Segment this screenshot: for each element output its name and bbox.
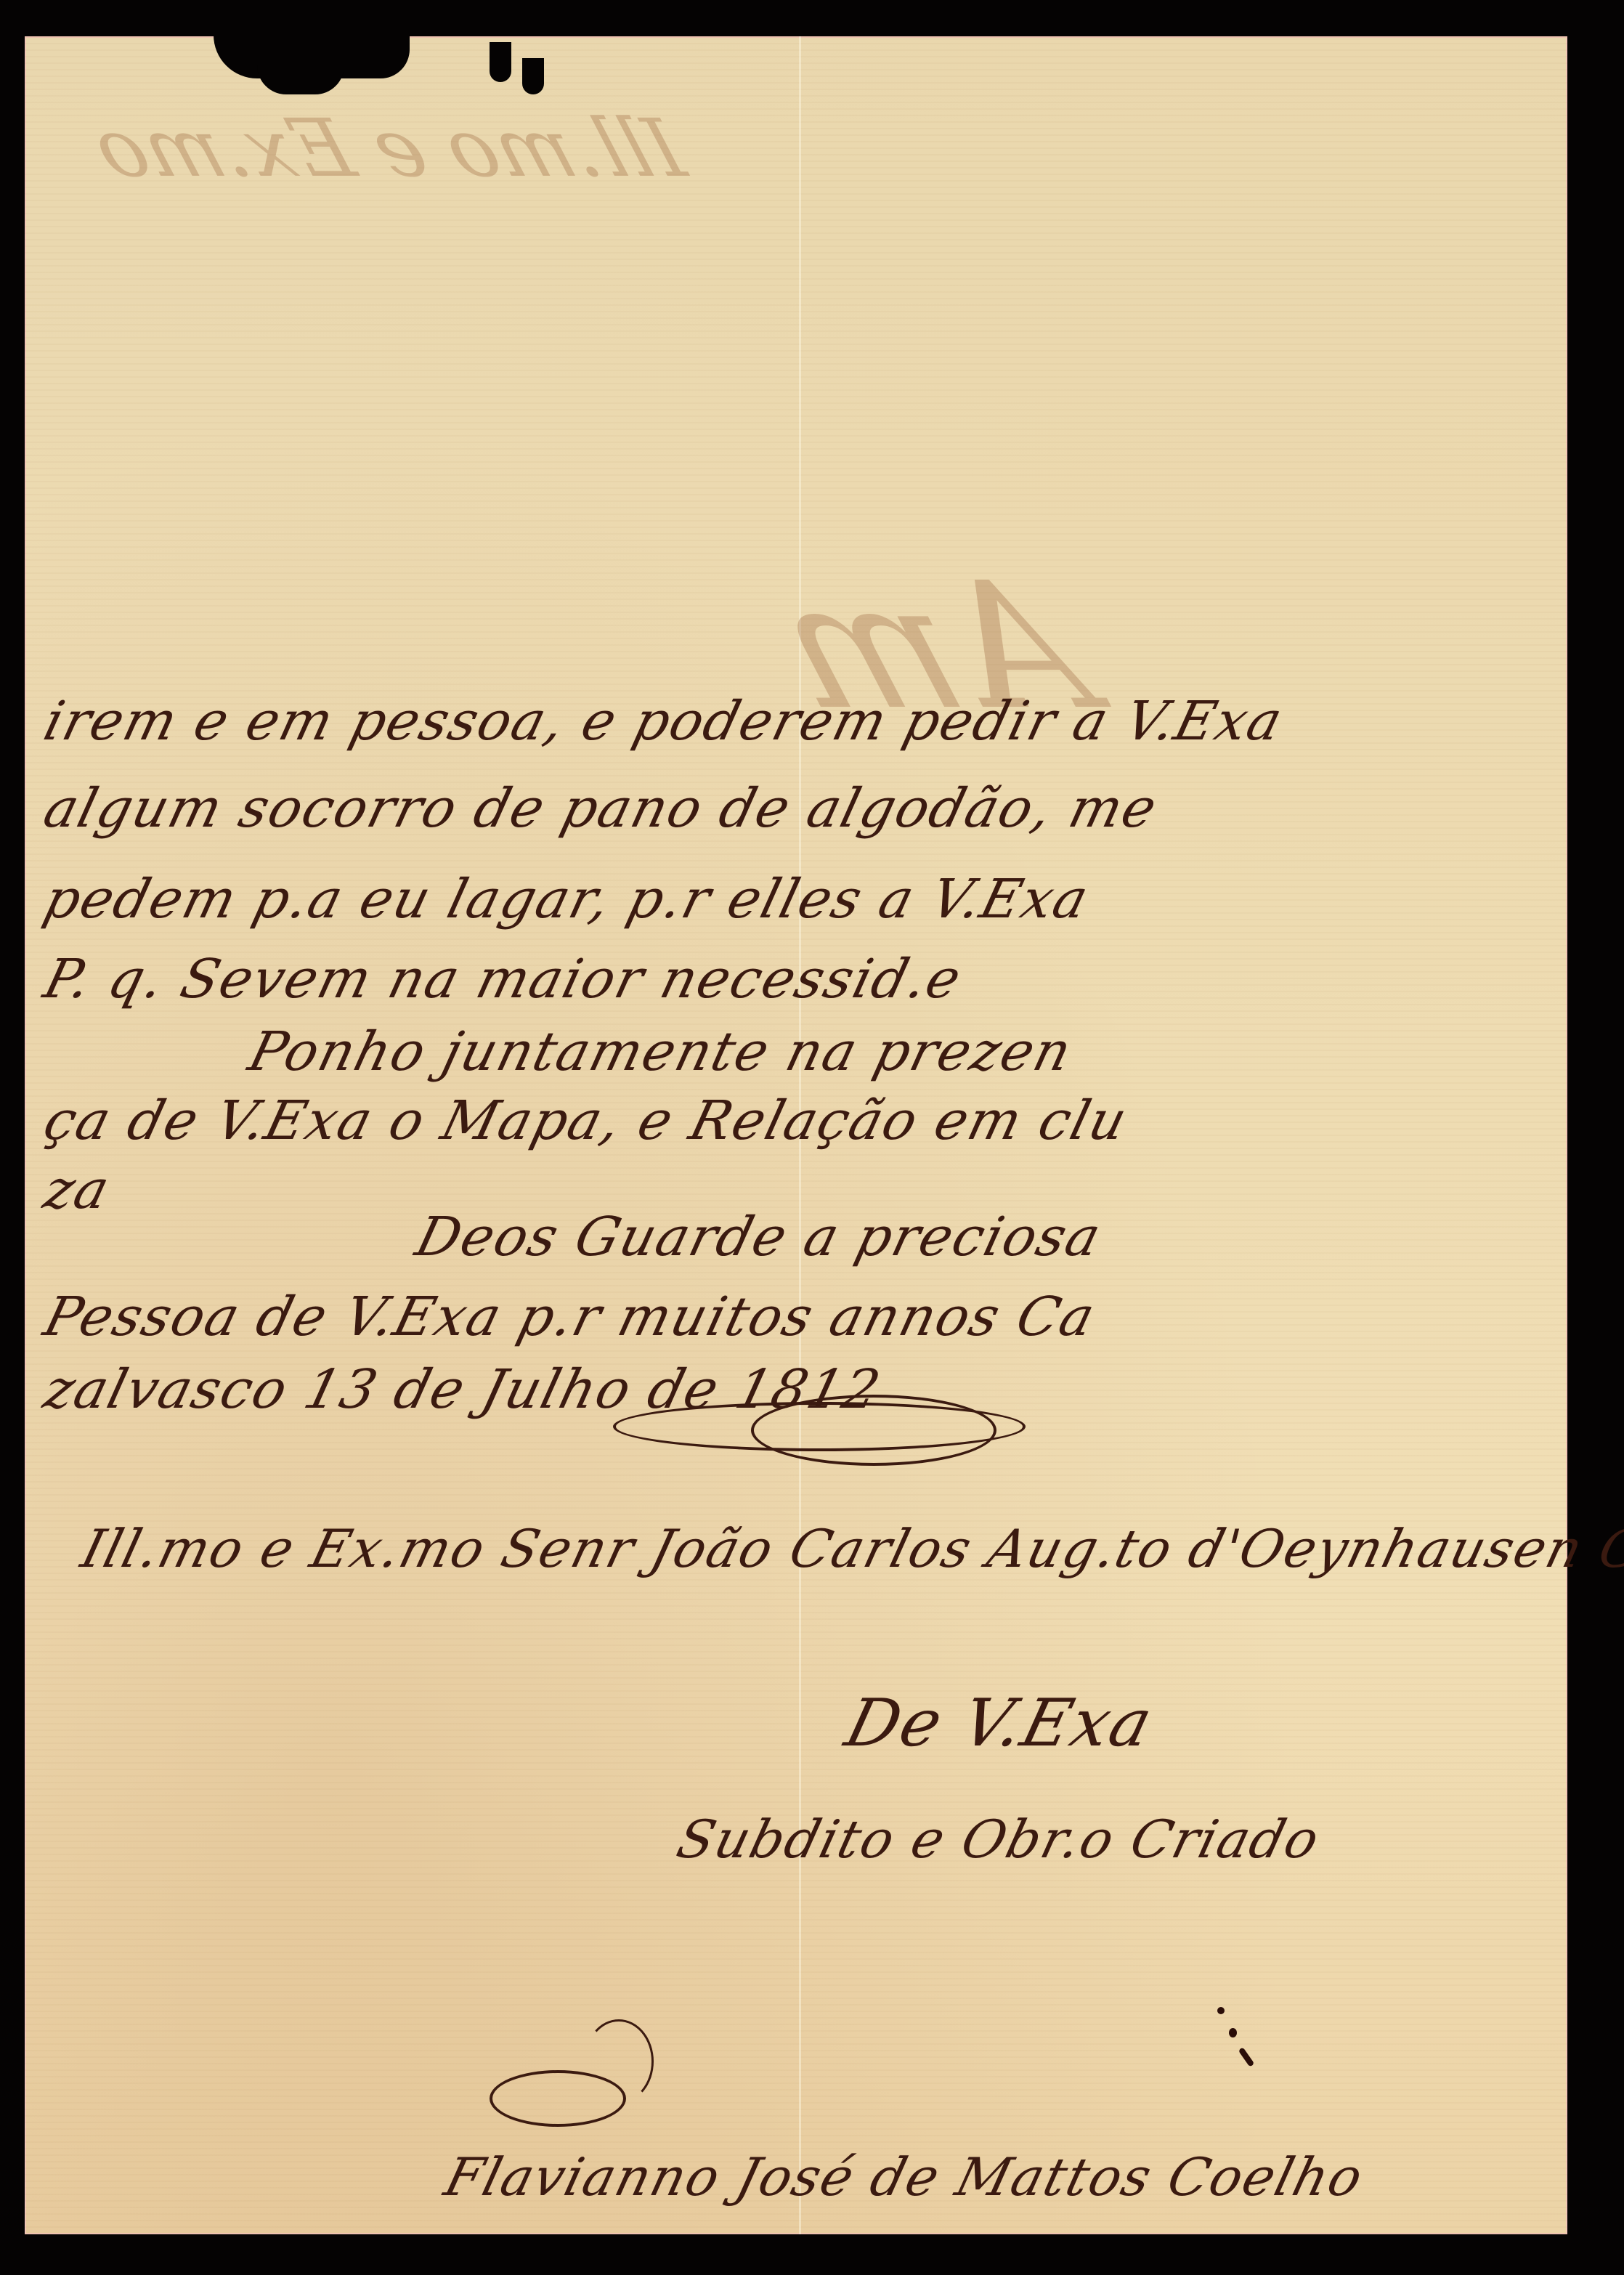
body-line-2: algum socorro de pano de algodão, me	[38, 777, 1164, 840]
body-line-6: ça de V.Exa o Mapa, e Relação em clu	[38, 1090, 1134, 1152]
date-flourish-loop	[751, 1395, 996, 1466]
ink-dot	[1217, 2007, 1225, 2014]
body-line-5: Ponho juntamente na prezen	[243, 1021, 1079, 1083]
addressee-line: Ill.mo e Ex.mo Senr João Carlos Aug.to d…	[76, 1518, 1624, 1579]
torn-edge-damage	[490, 42, 511, 82]
body-line-4: P. q. Sevem na maior necessid.e	[38, 948, 968, 1010]
body-line-1: irem e em pessoa, e poderem pedir a V.Ex…	[38, 690, 1290, 753]
signature-formula: De V.Exa	[838, 1685, 1161, 1761]
bleed-through-header: Ill.mo e Ex.mo	[82, 102, 695, 195]
ink-dot	[1229, 2028, 1237, 2037]
body-line-3: pedem p.a eu lagar, p.r elles a V.Exa	[38, 868, 1095, 930]
letter-sheet: Ill.mo e Ex.mo Am irem e em pessoa, e po…	[25, 36, 1567, 2234]
closing-line-2: Pessoa de V.Exa p.r muitos annos Ca	[38, 1286, 1102, 1348]
torn-edge-damage	[522, 58, 544, 94]
signature-title: Subdito e Obr.o Criado	[671, 1809, 1326, 1870]
closing-line-1: Deos Guarde a preciosa	[410, 1206, 1108, 1268]
signature-paraph-loop	[584, 2019, 654, 2104]
signatory-name: Flavianno José de Mattos Coelho	[439, 2146, 1370, 2207]
